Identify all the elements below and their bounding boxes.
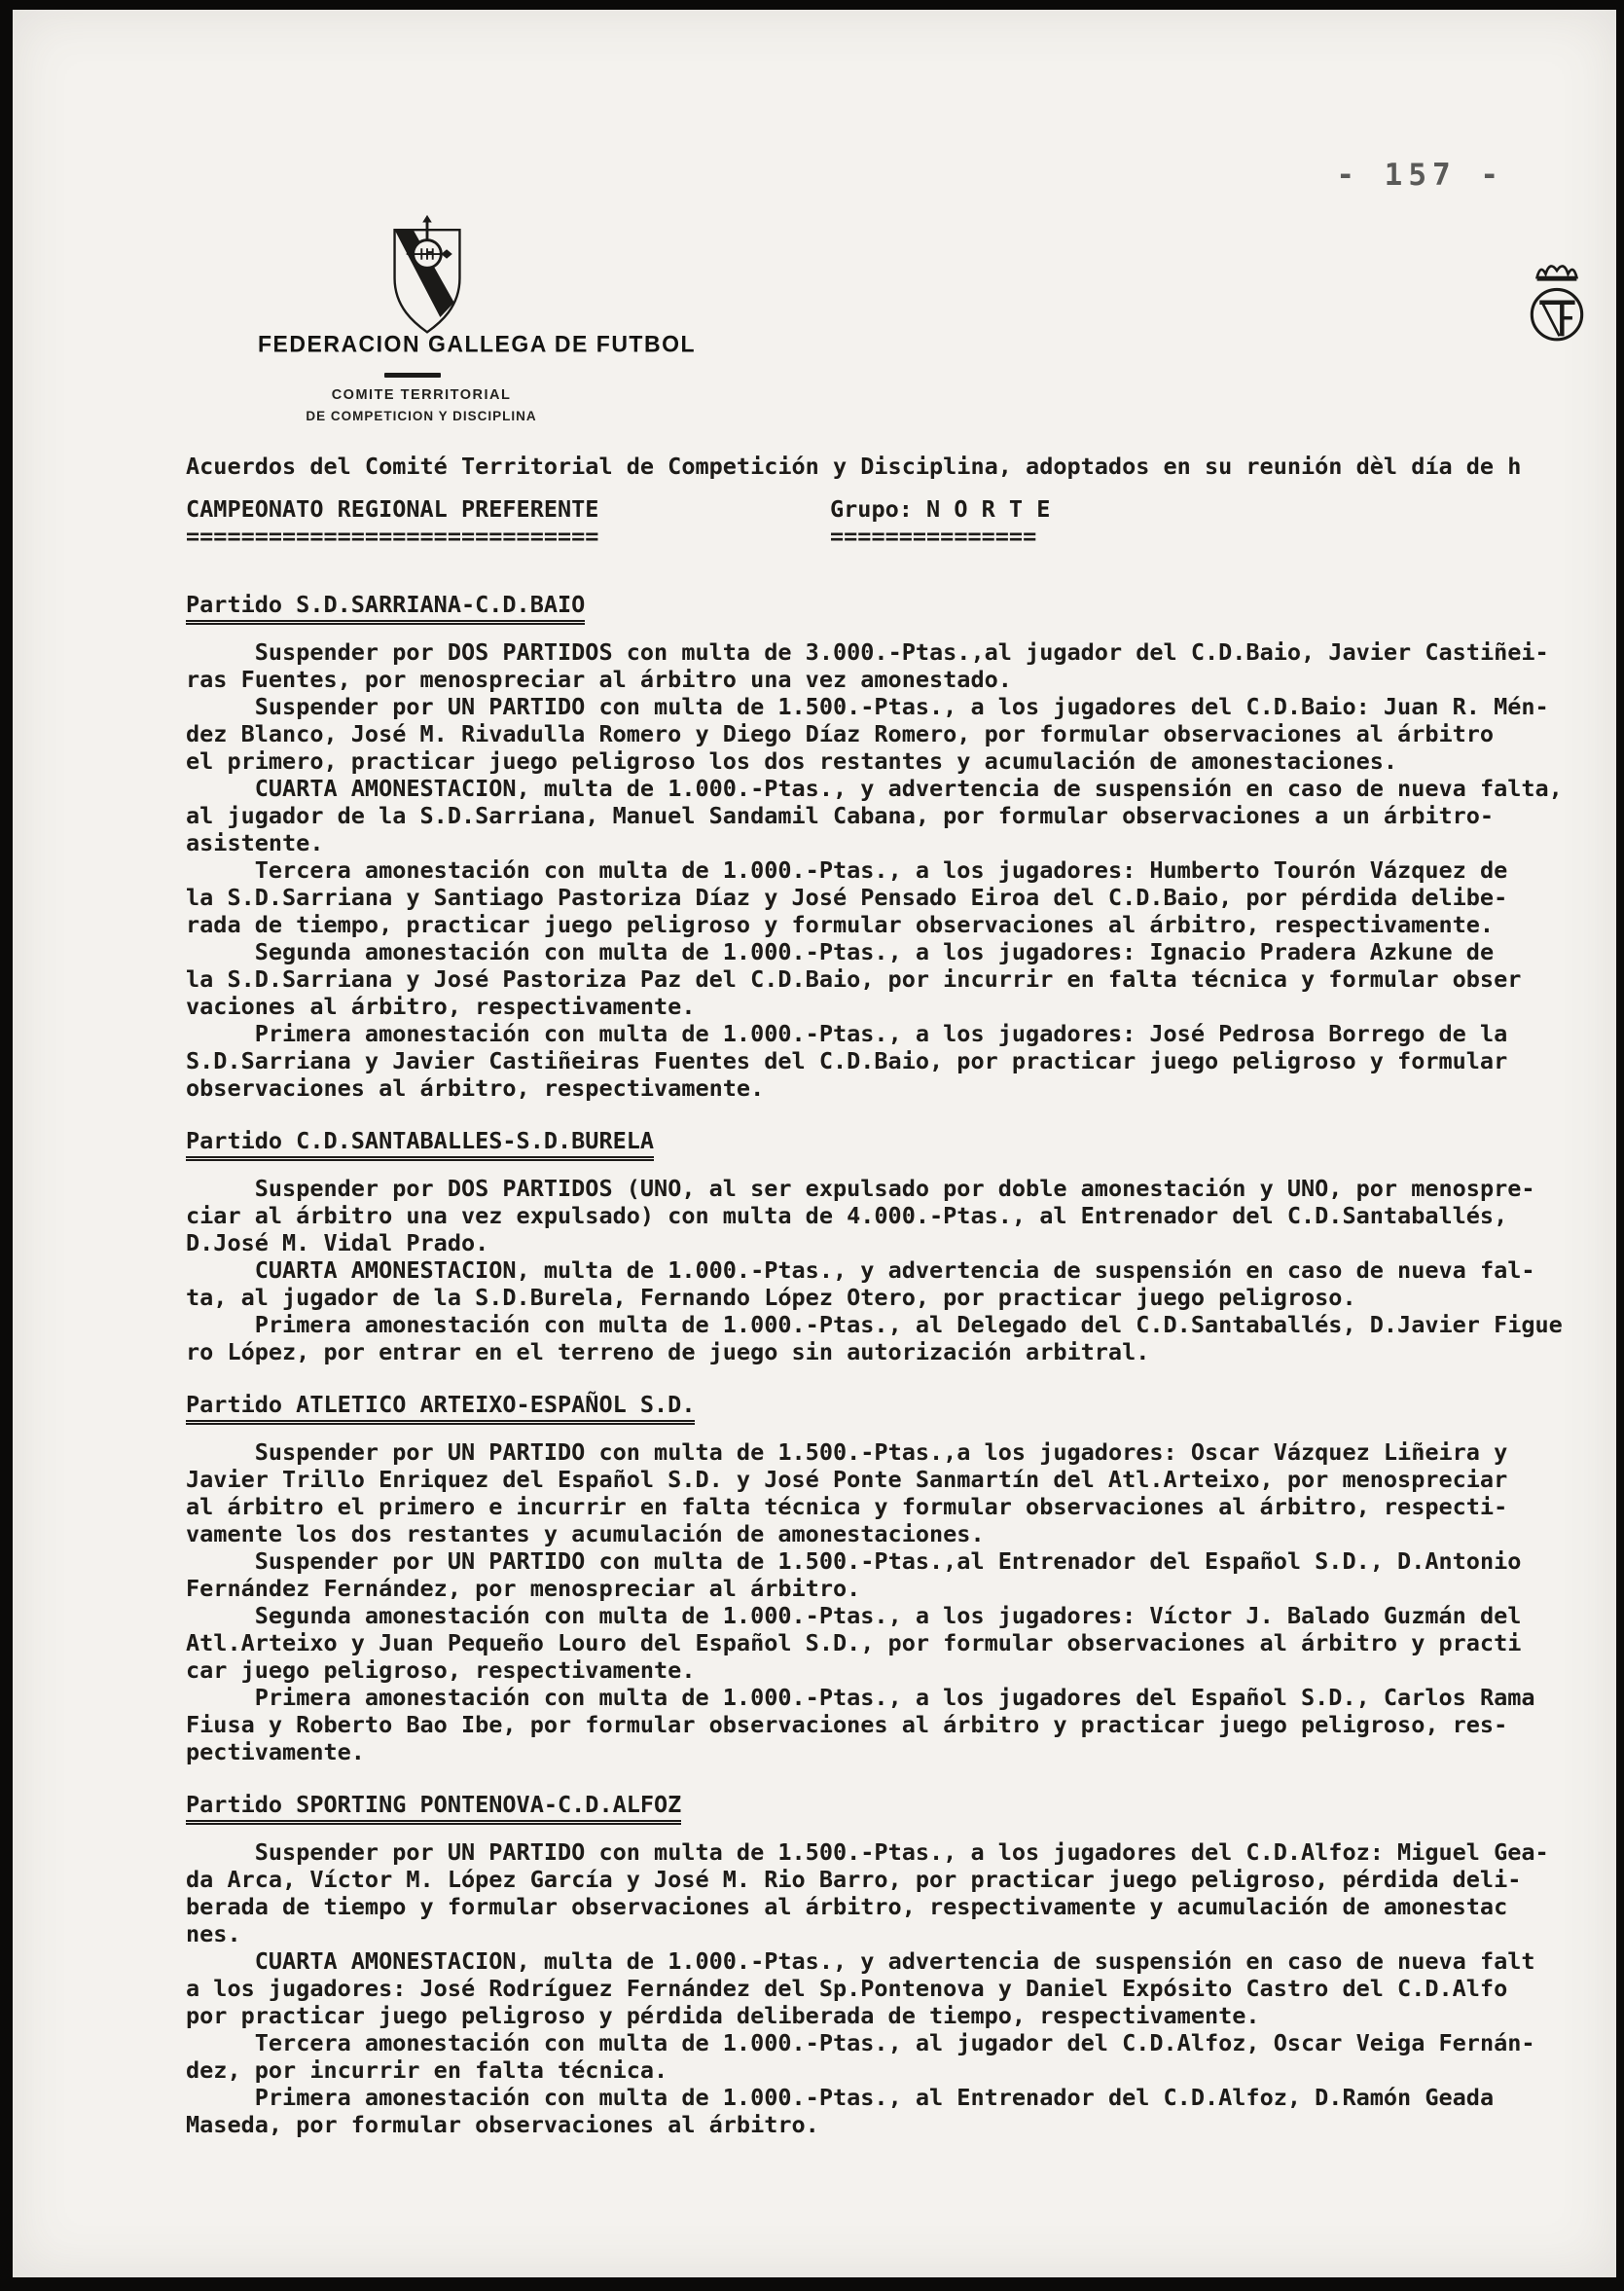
federation-shield-icon xyxy=(385,214,469,337)
group-name-text: Grupo: N O R T E xyxy=(830,495,1050,523)
paragraph: Suspender por DOS PARTIDOS con multa de … xyxy=(186,638,1616,693)
paragraph: Suspender por DOS PARTIDOS (UNO, al ser … xyxy=(186,1175,1616,1256)
competition-name-text: CAMPEONATO REGIONAL PREFERENTE xyxy=(186,495,598,523)
paragraph: Suspender por UN PARTIDO con multa de 1.… xyxy=(186,693,1616,775)
section-title: Partido S.D.SARRIANA-C.D.BAIO xyxy=(186,591,585,625)
section-title: Partido SPORTING PONTENOVA-C.D.ALFOZ xyxy=(186,1791,681,1825)
paragraph: Primera amonestación con multa de 1.000.… xyxy=(186,2084,1616,2138)
competition-underline: ============================== xyxy=(186,523,598,550)
section-santaballes-burela: Partido C.D.SANTABALLES-S.D.BURELA Suspe… xyxy=(186,1127,1616,1365)
page-number: - 157 - xyxy=(1336,158,1504,193)
org-name: FEDERACION GALLEGA DE FUTBOL xyxy=(258,330,667,357)
org-divider xyxy=(384,373,441,378)
paragraph: CUARTA AMONESTACION, multa de 1.000.-Pta… xyxy=(186,1256,1616,1311)
group-name: Grupo: N O R T E=============== xyxy=(830,495,1050,550)
section-title: Partido C.D.SANTABALLES-S.D.BURELA xyxy=(186,1127,654,1161)
paragraph: CUARTA AMONESTACION, multa de 1.000.-Pta… xyxy=(186,775,1616,856)
section-title: Partido ATLETICO ARTEIXO-ESPAÑOL S.D. xyxy=(186,1391,695,1425)
paragraph: Segunda amonestación con multa de 1.000.… xyxy=(186,1602,1616,1684)
committee-line2: DE COMPETICION Y DISCIPLINA xyxy=(261,409,582,423)
paragraph: Primera amonestación con multa de 1.000.… xyxy=(186,1020,1616,1102)
competition-header-row: CAMPEONATO REGIONAL PREFERENTE==========… xyxy=(186,495,1616,552)
intro-line: Acuerdos del Comité Territorial de Compe… xyxy=(186,453,1616,480)
document-body: Acuerdos del Comité Territorial de Compe… xyxy=(186,453,1616,2138)
paragraph: Tercera amonestación con multa de 1.000.… xyxy=(186,856,1616,938)
competition-name: CAMPEONATO REGIONAL PREFERENTE==========… xyxy=(186,495,598,550)
paragraph: Suspender por UN PARTIDO con multa de 1.… xyxy=(186,1438,1616,1547)
paragraph: Primera amonestación con multa de 1.000.… xyxy=(186,1684,1616,1765)
group-underline: =============== xyxy=(830,523,1036,550)
paragraph: Segunda amonestación con multa de 1.000.… xyxy=(186,938,1616,1020)
section-sarriana-baio: Partido S.D.SARRIANA-C.D.BAIO Suspender … xyxy=(186,591,1616,1102)
paragraph: CUARTA AMONESTACION, multa de 1.000.-Pta… xyxy=(186,1947,1616,2029)
committee-line1: COMITE TERRITORIAL xyxy=(261,387,582,403)
scanned-document-page: - 157 - FEDERACION GALLEGA DE FUTBOL COM… xyxy=(13,10,1616,2277)
paragraph: Suspender por UN PARTIDO con multa de 1.… xyxy=(186,1547,1616,1602)
paragraph: Tercera amonestación con multa de 1.000.… xyxy=(186,2029,1616,2084)
section-arteixo-espanol: Partido ATLETICO ARTEIXO-ESPAÑOL S.D. Su… xyxy=(186,1391,1616,1765)
section-pontenova-alfoz: Partido SPORTING PONTENOVA-C.D.ALFOZ Sus… xyxy=(186,1791,1616,2138)
paragraph: Primera amonestación con multa de 1.000.… xyxy=(186,1311,1616,1365)
paragraph: Suspender por UN PARTIDO con multa de 1.… xyxy=(186,1838,1616,1947)
committee-block: COMITE TERRITORIAL DE COMPETICION Y DISC… xyxy=(261,387,582,423)
crown-crest-icon xyxy=(1527,251,1587,350)
